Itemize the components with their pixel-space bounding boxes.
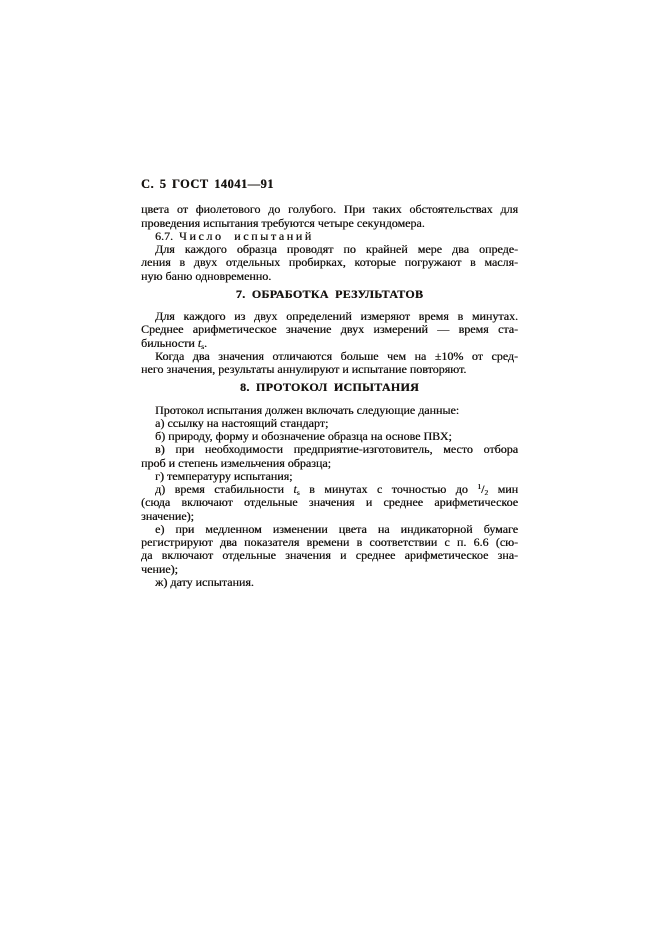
text-line: чение); <box>141 563 518 576</box>
text-line: а) ссылку на настоящий стандарт; <box>141 417 518 430</box>
text-line: него значения, результаты аннулируют и и… <box>141 363 518 376</box>
paragraph: Протокол испытания должен включать следу… <box>141 404 518 417</box>
text-line: проведения испытания требуются четыре се… <box>141 217 518 230</box>
text-line: Протокол испытания должен включать следу… <box>141 404 518 417</box>
text-line: г) температуру испытания; <box>141 470 518 483</box>
section-heading-7: 7. ОБРАБОТКА РЕЗУЛЬТАТОВ <box>141 288 518 301</box>
document-page: С. 5 ГОСТ 14041—91 цвета от фиолетового … <box>0 0 661 935</box>
list-item-zh: ж) дату испытания. <box>141 576 518 589</box>
list-item-e: е) при медленном изменении цвета на инди… <box>141 523 518 576</box>
text-line: ления в двух отдельных пробирках, которы… <box>141 256 518 269</box>
text-line: Среднее арифметическое значение двух изм… <box>141 323 518 336</box>
text-line: да включают отдельные значения и среднее… <box>141 549 518 562</box>
one-half-fraction: 1/2 <box>477 482 488 496</box>
list-item-d: д) время стабильности ts в минутах с точ… <box>141 483 518 523</box>
paragraph: Когда два значения отличаются больше чем… <box>141 350 518 377</box>
paragraph: Для каждого из двух определений измеряют… <box>141 310 518 350</box>
text-line: Для каждого из двух определений измеряют… <box>141 310 518 323</box>
page-content: С. 5 ГОСТ 14041—91 цвета от фиолетового … <box>141 178 518 589</box>
text-line: Когда два значения отличаются больше чем… <box>141 350 518 363</box>
clause-title: Число испытаний <box>179 229 314 243</box>
text-line: (сюда включают отдельные значения и сред… <box>141 496 518 509</box>
text-line: д) время стабильности ts в минутах с точ… <box>141 483 518 496</box>
running-header: С. 5 ГОСТ 14041—91 <box>141 178 518 191</box>
clause-number: 6.7. <box>155 229 173 243</box>
paragraph: Для каждого образца проводят по крайней … <box>141 243 518 283</box>
text-line: регистрируют два показателя времени в со… <box>141 536 518 549</box>
text-line: проб и степень измельчения образца; <box>141 457 518 470</box>
list-item-v: в) при необходимости предприятие-изготов… <box>141 443 518 470</box>
paragraph-continuation: цвета от фиолетового до голубого. При та… <box>141 203 518 230</box>
text-line: в) при необходимости предприятие-изготов… <box>141 443 518 456</box>
text-line: значение); <box>141 510 518 523</box>
text-line: б) природу, форму и обозначение образца … <box>141 430 518 443</box>
list-item-b: б) природу, форму и обозначение образца … <box>141 430 518 443</box>
text-line: Для каждого образца проводят по крайней … <box>141 243 518 256</box>
text-line: ную баню одновременно. <box>141 270 518 283</box>
list-item-g: г) температуру испытания; <box>141 470 518 483</box>
clause-heading-6-7: 6.7.Число испытаний <box>141 230 518 243</box>
text-line: цвета от фиолетового до голубого. При та… <box>141 203 518 216</box>
list-item-a: а) ссылку на настоящий стандарт; <box>141 417 518 430</box>
section-heading-8: 8. ПРОТОКОЛ ИСПЫТАНИЯ <box>141 381 518 394</box>
text-line: ж) дату испытания. <box>141 576 518 589</box>
text-line: бильности ts. <box>141 337 518 350</box>
text-line: е) при медленном изменении цвета на инди… <box>141 523 518 536</box>
